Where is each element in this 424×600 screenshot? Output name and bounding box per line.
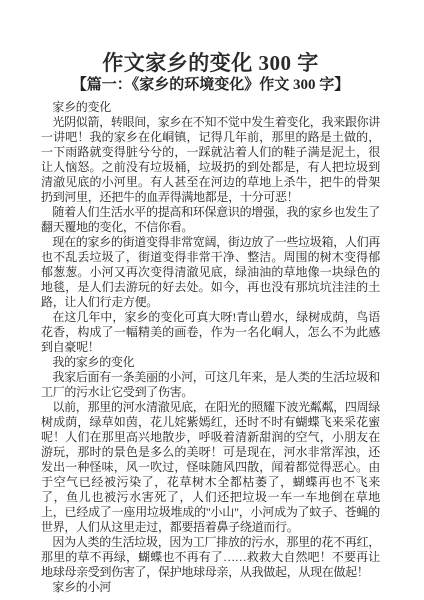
document-subtitle: 【篇一：《家乡的环境变化》作文 300 字】 — [41, 77, 380, 94]
paragraph: 因为人类的生活垃圾，因为工厂排放的污水，那里的花不再红，那里的草不再绿，蝴蝶也不… — [41, 535, 380, 580]
paragraph: 随着人们生活水平的提高和环保意识的增强，我的家乡也发生了翻天覆地的变化，不信你看… — [41, 205, 380, 235]
document-page: 作文家乡的变化 300 字 【篇一：《家乡的环境变化》作文 300 字】 家乡的… — [0, 0, 424, 600]
paragraph: 我家后面有一条美丽的小河，可这几年来，是人类的生活垃圾和工厂的污水让它受到了伤害… — [41, 370, 380, 400]
paragraph: 现在的家乡的街道变得非常宽阔，街边放了一些垃圾箱，人们再也不乱丢垃圾了，街道变得… — [41, 235, 380, 310]
document-body: 家乡的变化光阴似箭，转眼间，家乡在不知不觉中发生着变化，我来跟你讲一讲吧！我的家… — [41, 100, 380, 595]
paragraph: 以前，那里的河水清澈见底，在阳光的照耀下波光粼粼，四周绿树成荫，绿草如茵，花儿姹… — [41, 400, 380, 535]
paragraph: 家乡的小河 — [41, 580, 380, 595]
paragraph: 我的家乡的变化 — [41, 355, 380, 370]
paragraph: 在这几年中，家乡的变化可真大呀!青山碧水，绿树成荫，鸟语花香，构成了一幅精美的画… — [41, 310, 380, 355]
paragraph: 家乡的变化 — [41, 100, 380, 115]
document-title: 作文家乡的变化 300 字 — [41, 0, 380, 77]
paragraph: 光阴似箭，转眼间，家乡在不知不觉中发生着变化，我来跟你讲一讲吧！我的家乡在化峒镇… — [41, 115, 380, 205]
document-content: 作文家乡的变化 300 字 【篇一：《家乡的环境变化》作文 300 字】 家乡的… — [0, 0, 424, 595]
